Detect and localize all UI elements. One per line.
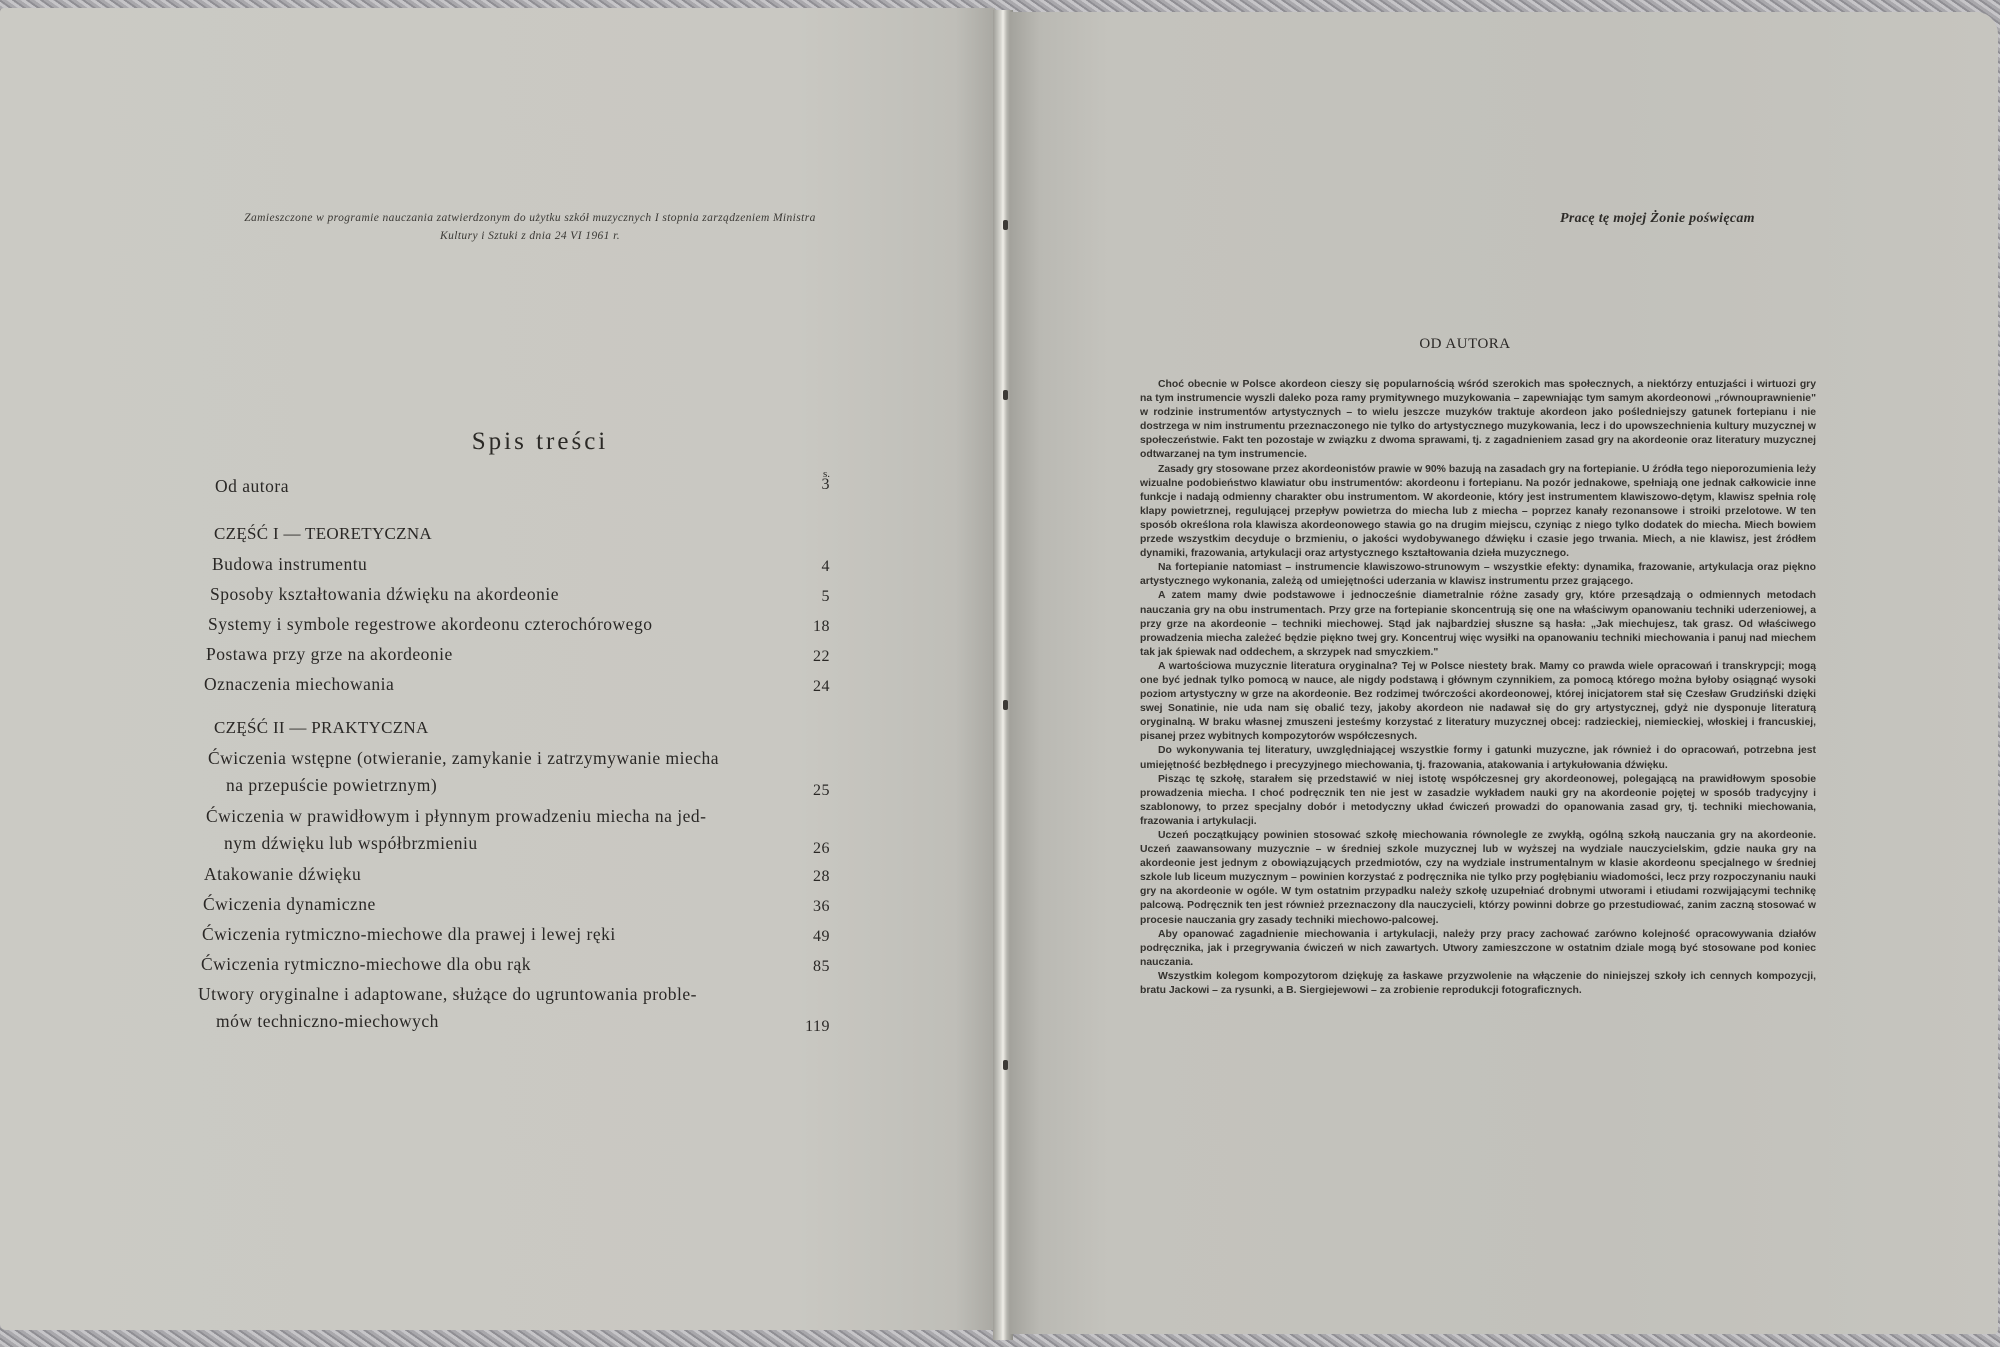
toc-part-heading: CZĘŚĆ II — PRAKTYCZNA: [214, 718, 840, 738]
preface-paragraph: Do wykonywania tej literatury, uwzględni…: [1140, 744, 1816, 772]
toc-entry-label: Postawa przy grze na akordeonie: [206, 644, 453, 664]
preface-paragraph: A zatem mamy dwie podstawowe i jednocześ…: [1140, 589, 1816, 659]
toc-page-number: 85: [813, 958, 830, 976]
preface-paragraph: Choć obecnie w Polsce akordeon cieszy si…: [1140, 378, 1816, 463]
toc-entry-label-continued: mów techniczno-miechowych: [198, 1011, 840, 1032]
toc-entry: Postawa przy grze na akordeonie22: [206, 644, 840, 665]
toc-page-number: 4: [822, 558, 831, 576]
toc-entry-label: Ćwiczenia w prawidłowym i płynnym prowad…: [206, 806, 706, 826]
toc-entry: Ćwiczenia wstępne (otwieranie, zamykanie…: [208, 748, 840, 796]
preface-paragraph: Aby opanować zagadnienie miechowania i a…: [1140, 928, 1816, 970]
toc-entry-label-continued: na przepuście powietrznym): [208, 775, 840, 796]
toc-entry-label: Ćwiczenia wstępne (otwieranie, zamykanie…: [208, 748, 719, 768]
toc-page-number: 36: [813, 898, 830, 916]
preface-paragraph: Uczeń początkujący powinien stosować szk…: [1140, 829, 1816, 928]
toc-page-number: 24: [813, 678, 830, 696]
left-page: Zamieszczone w programie nauczania zatwi…: [0, 8, 995, 1330]
preface-paragraph: Wszystkim kolegom kompozytorom dziękuję …: [1140, 970, 1816, 998]
toc-entry-label: Od autora: [215, 476, 289, 496]
toc-entry-label: Ćwiczenia rytmiczno-miechowe dla prawej …: [202, 924, 616, 944]
preface-paragraph: Na fortepianie natomiast – instrumencie …: [1140, 561, 1816, 589]
toc-page-number: 25: [813, 782, 830, 800]
toc-entry: Ćwiczenia rytmiczno-miechowe dla prawej …: [202, 924, 840, 945]
toc-title: Spis treści: [420, 428, 660, 456]
toc-entry: Oznaczenia miechowania24: [204, 674, 840, 695]
toc-entry-label-continued: nym dźwięku lub współbrzmieniu: [206, 833, 840, 854]
toc-page-number: 22: [813, 648, 830, 666]
toc-entry-label: Systemy i symbole regestrowe akordeonu c…: [208, 614, 652, 634]
toc-entry: Ćwiczenia dynamiczne36: [203, 894, 840, 915]
toc-page-number: 28: [813, 868, 830, 886]
toc-entry-label: Atakowanie dźwięku: [204, 864, 361, 884]
preface-paragraph: Zasady gry stosowane przez akordeonistów…: [1140, 463, 1816, 562]
toc-entry-label: CZĘŚĆ I — TEORETYCZNA: [214, 524, 432, 543]
binding-stitch: [1003, 700, 1008, 710]
toc-page-number: 18: [813, 618, 830, 636]
preface-title: OD AUTORA: [1365, 336, 1565, 353]
toc-page-number: 26: [813, 840, 830, 858]
toc-entry: Ćwiczenia w prawidłowym i płynnym prowad…: [206, 806, 840, 854]
toc-page-number: 49: [813, 928, 830, 946]
toc-entry-label: CZĘŚĆ II — PRAKTYCZNA: [214, 718, 429, 737]
toc-entry: Systemy i symbole regestrowe akordeonu c…: [208, 614, 840, 635]
toc-entry-label: Budowa instrumentu: [212, 554, 367, 574]
toc-entry-label: Oznaczenia miechowania: [204, 674, 394, 694]
toc-page-number: 5: [822, 588, 831, 606]
toc-entry-label: Sposoby kształtowania dźwięku na akordeo…: [210, 584, 559, 604]
toc-entry-label: Utwory oryginalne i adaptowane, służące …: [198, 984, 697, 1004]
toc-part-heading: CZĘŚĆ I — TEORETYCZNA: [214, 524, 840, 544]
binding-stitch: [1003, 220, 1008, 230]
toc-entry-label: Ćwiczenia dynamiczne: [203, 894, 376, 914]
toc-entry-label: Ćwiczenia rytmiczno-miechowe dla obu rąk: [201, 954, 531, 974]
binding-stitch: [1003, 390, 1008, 400]
binding-stitch: [1003, 1060, 1008, 1070]
preface-paragraph: A wartościowa muzycznie literatura orygi…: [1140, 660, 1816, 745]
preface-paragraph: Pisząc tę szkołę, starałem się przedstaw…: [1140, 773, 1816, 829]
toc-entry: Od autora3: [215, 476, 840, 497]
toc-page-number: 3: [822, 476, 831, 494]
toc-entry: Utwory oryginalne i adaptowane, służące …: [198, 984, 840, 1032]
toc-entry: Sposoby kształtowania dźwięku na akordeo…: [210, 584, 840, 605]
toc-page-number: 119: [805, 1018, 830, 1036]
dedication: Pracę tę mojej Żonie poświęcam: [1560, 211, 1755, 227]
toc-entry: Atakowanie dźwięku28: [204, 864, 840, 885]
preface-body: Choć obecnie w Polsce akordeon cieszy si…: [1140, 378, 1816, 998]
toc-entry: Ćwiczenia rytmiczno-miechowe dla obu rąk…: [201, 954, 840, 975]
toc-entry: Budowa instrumentu4: [212, 554, 840, 575]
approval-note: Zamieszczone w programie nauczania zatwi…: [230, 209, 830, 245]
